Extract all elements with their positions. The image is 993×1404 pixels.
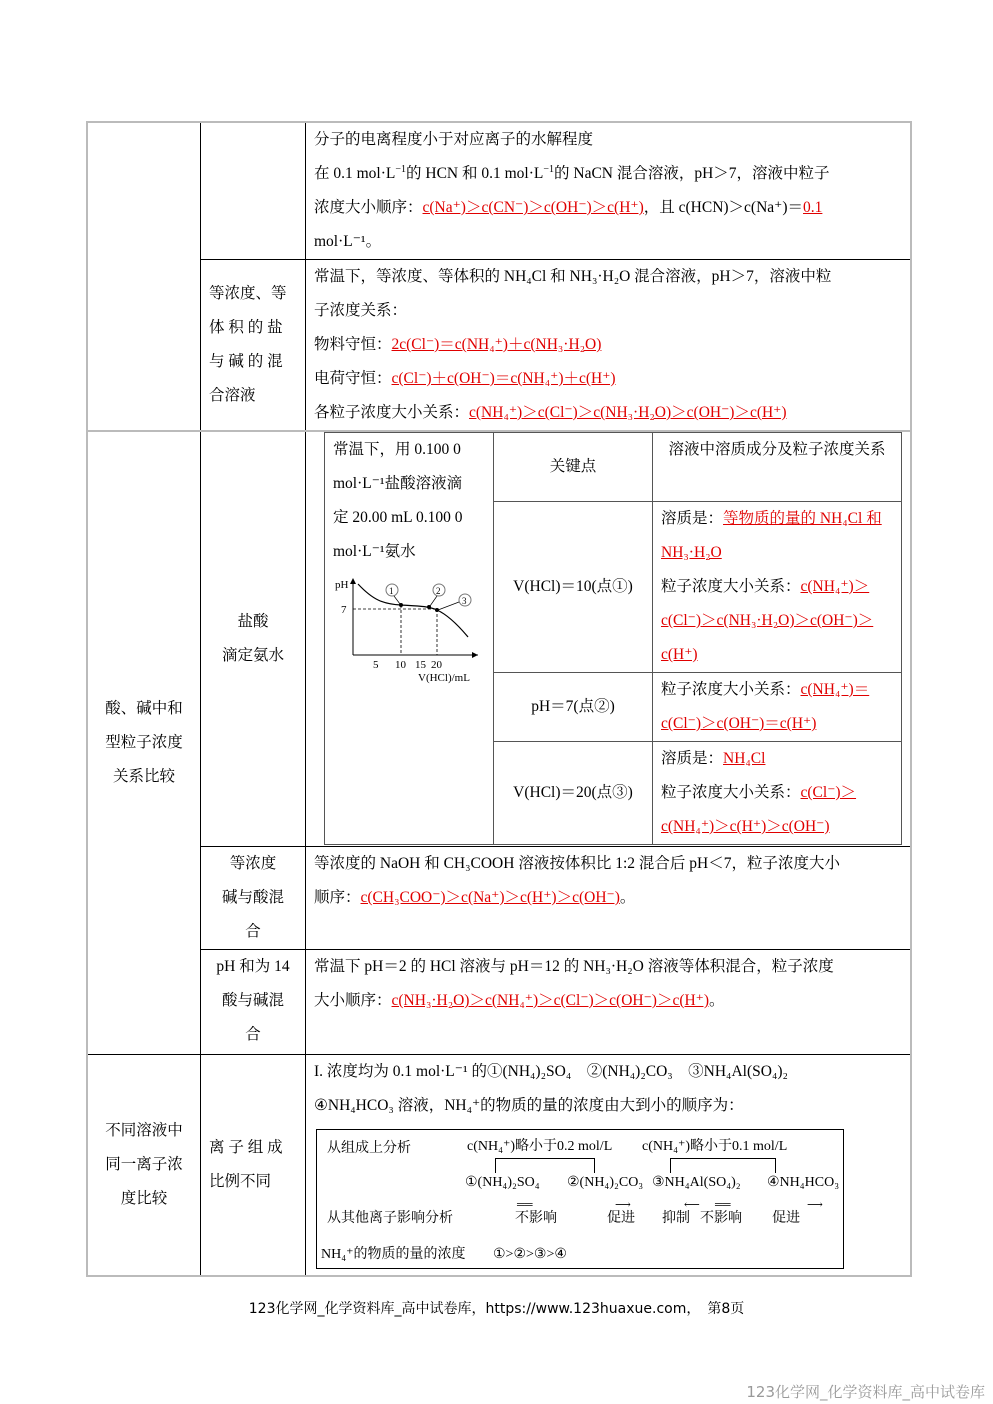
subcategory-cell: pH 和为 14 酸与碱混 合 bbox=[201, 950, 306, 1055]
answer-text: 2c(Cl⁻)＝c(NH₄⁺)＋c(NH₃·H₂O) bbox=[392, 336, 602, 353]
category-cell: 酸、碱中和 型粒子浓度 关系比较 bbox=[87, 431, 201, 1055]
table-row: 酸、碱中和 型粒子浓度 关系比较 盐酸 滴定氨水 常温下，用 0.100 0 m… bbox=[87, 431, 911, 847]
answer-text: c(NH₄⁺)＞c(Cl⁻)＞c(NH₃·H₂O)＞c(OH⁻)＞c(H⁺) bbox=[469, 404, 787, 421]
page-footer: 123化学网_化学资料库_高中试卷库，https://www.123huaxue… bbox=[0, 1298, 993, 1318]
svg-text:10: 10 bbox=[395, 659, 407, 671]
answer-text: 0.1 bbox=[803, 199, 822, 216]
text-line: 在 0.1 mol·L−1的 HCN 和 0.1 mol·L−1的 NaCN 混… bbox=[314, 157, 902, 191]
text-line: 分子的电离程度小于对应离子的水解程度 bbox=[314, 123, 902, 157]
svg-text:20: 20 bbox=[431, 659, 443, 671]
document-page: 分子的电离程度小于对应离子的水解程度 在 0.1 mol·L−1的 HCN 和 … bbox=[86, 121, 912, 1277]
answer-text: c(Cl⁻)＋c(OH⁻)＝c(NH₄⁺)＋c(H⁺) bbox=[392, 370, 616, 387]
content-cell: 常温下，用 0.100 0 mol·L⁻¹盐酸溶液滴 定 20.00 mL 0.… bbox=[306, 431, 912, 847]
category-cell-empty bbox=[87, 122, 201, 431]
subcategory-cell: 离 子 组 成 比例不同 bbox=[201, 1055, 306, 1277]
svg-text:5: 5 bbox=[373, 659, 379, 671]
subcategory-cell: 等浓度 碱与酸混 合 bbox=[201, 847, 306, 950]
text-line: 各粒子浓度大小关系：c(NH₄⁺)＞c(Cl⁻)＞c(NH₃·H₂O)＞c(OH… bbox=[314, 396, 902, 430]
answer-text: c(CH₃COO⁻)＞c(Na⁺)＞c(H⁺)＞c(OH⁻) bbox=[361, 889, 620, 906]
table-row: 等浓度 碱与酸混 合 等浓度的 NaOH 和 CH₃COOH 溶液按体积比 1:… bbox=[87, 847, 911, 950]
titration-description: 常温下，用 0.100 0 mol·L⁻¹盐酸溶液滴 定 20.00 mL 0.… bbox=[325, 433, 494, 845]
svg-text:2: 2 bbox=[436, 586, 441, 596]
svg-text:V(HCl)/mL: V(HCl)/mL bbox=[418, 672, 470, 684]
table-row: 分子的电离程度小于对应离子的水解程度 在 0.1 mol·L−1的 HCN 和 … bbox=[87, 122, 911, 260]
svg-text:7: 7 bbox=[341, 604, 347, 616]
svg-text:15: 15 bbox=[415, 659, 427, 671]
table-row: 不同溶液中 同一离子浓 度比较 离 子 组 成 比例不同 I. 浓度均为 0.1… bbox=[87, 1055, 911, 1277]
svg-text:pH: pH bbox=[335, 579, 349, 591]
content-cell: 常温下，等浓度、等体积的 NH₄Cl 和 NH₃·H₂O 混合溶液，pH＞7，溶… bbox=[306, 260, 912, 432]
key-point-1: V(HCl)＝10(点①) bbox=[494, 502, 653, 673]
answer-text: c(Na⁺)＞c(CN⁻)＞c(OH⁻)＞c(H⁺) bbox=[423, 199, 644, 216]
content-cell: 等浓度的 NaOH 和 CH₃COOH 溶液按体积比 1:2 混合后 pH＜7，… bbox=[306, 847, 912, 950]
particle-concentration-table: 分子的电离程度小于对应离子的水解程度 在 0.1 mol·L−1的 HCN 和 … bbox=[86, 121, 912, 1277]
text-line: 子浓度关系： bbox=[314, 294, 902, 328]
header-relation: 溶液中溶质成分及粒子浓度关系 bbox=[653, 433, 902, 502]
text-line: 浓度大小顺序：c(Na⁺)＞c(CN⁻)＞c(OH⁻)＞c(H⁺)，且 c(HC… bbox=[314, 191, 902, 225]
relation-2: 粒子浓度大小关系：c(NH₄⁺)＝c(Cl⁻)＞c(OH⁻)＝c(H⁺) bbox=[653, 673, 902, 742]
table-row: 等浓度、等 体 积 的 盐 与 碱 的 混 合溶液 常温下，等浓度、等体积的 N… bbox=[87, 260, 911, 432]
subcategory-cell-empty bbox=[201, 122, 306, 260]
relation-1: 溶质是：等物质的量的 NH₄Cl 和 NH₃·H₂O 粒子浓度大小关系：c(NH… bbox=[653, 502, 902, 673]
svg-text:3: 3 bbox=[462, 596, 467, 606]
titration-curve-chart: pH 7 1 2 bbox=[333, 575, 483, 685]
subcategory-cell: 盐酸 滴定氨水 bbox=[201, 431, 306, 847]
text-line: 常温下，等浓度、等体积的 NH₄Cl 和 NH₃·H₂O 混合溶液，pH＞7，溶… bbox=[314, 260, 902, 294]
watermark: 123化学网_化学资料库_高中试卷库 bbox=[746, 1381, 985, 1402]
text-line: 电荷守恒：c(Cl⁻)＋c(OH⁻)＝c(NH₄⁺)＋c(H⁺) bbox=[314, 362, 902, 396]
key-point-3: V(HCl)＝20(点③) bbox=[494, 742, 653, 845]
header-key-point: 关键点 bbox=[494, 433, 653, 502]
answer-text: c(NH₃·H₂O)＞c(NH₄⁺)＞c(Cl⁻)＞c(OH⁻)＞c(H⁺) bbox=[392, 992, 710, 1009]
text-line: 物料守恒：2c(Cl⁻)＝c(NH₄⁺)＋c(NH₃·H₂O) bbox=[314, 328, 902, 362]
content-cell: 分子的电离程度小于对应离子的水解程度 在 0.1 mol·L−1的 HCN 和 … bbox=[306, 122, 912, 260]
text-line: mol·L⁻¹。 bbox=[314, 225, 902, 259]
key-point-2: pH＝7(点②) bbox=[494, 673, 653, 742]
content-cell: I. 浓度均为 0.1 mol·L⁻¹ 的①(NH₄)₂SO₄ ②(NH₄)₂C… bbox=[306, 1055, 912, 1277]
analysis-figure: 从组成上分析 c(NH₄⁺)略小于0.2 mol/L c(NH₄⁺)略小于0.1… bbox=[316, 1129, 844, 1269]
category-cell: 不同溶液中 同一离子浓 度比较 bbox=[87, 1055, 201, 1277]
subcategory-cell: 等浓度、等 体 积 的 盐 与 碱 的 混 合溶液 bbox=[201, 260, 306, 432]
titration-table: 常温下，用 0.100 0 mol·L⁻¹盐酸溶液滴 定 20.00 mL 0.… bbox=[324, 432, 902, 845]
content-cell: 常温下 pH＝2 的 HCl 溶液与 pH＝12 的 NH₃·H₂O 溶液等体积… bbox=[306, 950, 912, 1055]
table-row: pH 和为 14 酸与碱混 合 常温下 pH＝2 的 HCl 溶液与 pH＝12… bbox=[87, 950, 911, 1055]
svg-text:1: 1 bbox=[389, 586, 394, 596]
relation-3: 溶质是：NH₄Cl 粒子浓度大小关系：c(Cl⁻)＞c(NH₄⁺)＞c(H⁺)＞… bbox=[653, 742, 902, 845]
